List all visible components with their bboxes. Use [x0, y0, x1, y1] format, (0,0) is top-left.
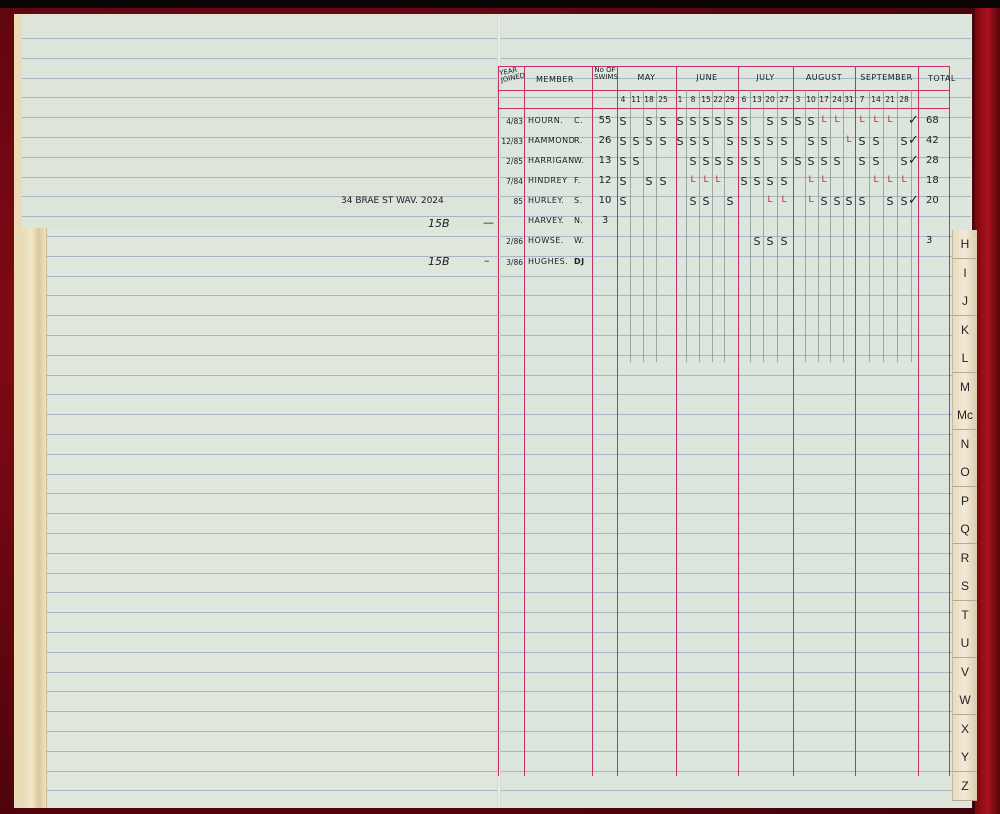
ruled-line: [501, 652, 971, 653]
index-tab-q[interactable]: Q: [952, 515, 977, 544]
date-column-rule: [656, 90, 657, 362]
swim-mark: S: [686, 196, 700, 207]
swim-mark: S: [817, 196, 831, 207]
ruled-line: [46, 276, 497, 277]
member-total: 18: [926, 176, 939, 186]
leave-mark: L: [842, 136, 856, 145]
swim-mark: S: [804, 116, 818, 127]
note-15b-hughes: 15B: [428, 256, 450, 267]
swim-mark: S: [817, 156, 831, 167]
swim-mark: S: [616, 176, 630, 187]
index-tab-o[interactable]: O: [952, 458, 977, 487]
index-tab-i[interactable]: I: [952, 259, 977, 288]
ruled-line: [501, 691, 971, 692]
swim-mark: S: [804, 136, 818, 147]
year-joined: 3/86: [501, 259, 523, 267]
date-column-rule: [869, 90, 870, 362]
swim-count: 55: [594, 116, 616, 126]
member-initial: N.: [574, 217, 584, 225]
date-header: 25: [656, 96, 670, 104]
swim-mark: S: [673, 116, 687, 127]
header-member: MEMBER: [536, 76, 574, 84]
date-header: 11: [629, 96, 643, 104]
month-header-august: AUGUST: [793, 74, 855, 82]
ruled-line: [46, 236, 497, 237]
ruled-line: [501, 216, 971, 217]
date-column-rule: [712, 90, 713, 362]
column-rule: [524, 66, 525, 776]
index-tab-n[interactable]: N: [952, 430, 977, 459]
address-note: 34 BRAE ST WAV. 2024: [341, 197, 444, 206]
year-joined: 2/85: [501, 158, 523, 166]
leave-mark: L: [897, 176, 911, 185]
ruled-line: [22, 137, 497, 138]
leave-mark: L: [804, 176, 818, 185]
ruled-line: [46, 632, 497, 633]
ruled-line: [501, 414, 971, 415]
ruled-line: [46, 513, 497, 514]
ruled-line: [501, 276, 971, 277]
index-tab-v[interactable]: V: [952, 658, 977, 687]
swim-mark: S: [656, 136, 670, 147]
swim-mark: S: [842, 196, 856, 207]
note-15b-harvey: 15B: [428, 218, 450, 229]
ruled-line: [46, 771, 497, 772]
month-header-september: SEPTEMBER: [855, 74, 918, 82]
ruled-line: [501, 394, 971, 395]
index-tab-x[interactable]: X: [952, 715, 977, 744]
ruled-line: [501, 790, 971, 791]
member-surname: HARVEY.: [528, 217, 564, 225]
swim-mark: S: [629, 136, 643, 147]
swim-mark: S: [616, 116, 630, 127]
member-surname: HAMMOND: [528, 137, 575, 145]
leave-mark: L: [686, 176, 700, 185]
date-header: 20: [763, 96, 777, 104]
ruled-line: [46, 474, 497, 475]
ruled-line: [46, 731, 497, 732]
date-header: 8: [686, 96, 700, 104]
swim-mark: S: [763, 236, 777, 247]
month-header-june: JUNE: [676, 74, 738, 82]
date-header: 18: [642, 96, 656, 104]
swim-mark: S: [686, 116, 700, 127]
index-tab-w[interactable]: W: [952, 686, 977, 715]
date-header: 27: [777, 96, 791, 104]
swim-mark: S: [723, 116, 737, 127]
date-header: 17: [817, 96, 831, 104]
column-rule: [617, 66, 618, 776]
year-joined: 4/83: [501, 118, 523, 126]
swim-mark: S: [686, 136, 700, 147]
index-tab-h[interactable]: H: [952, 230, 977, 259]
ruled-line: [46, 434, 497, 435]
swim-mark: S: [673, 136, 687, 147]
member-initial: W.: [574, 157, 585, 165]
ruled-line: [22, 58, 497, 59]
swim-mark: S: [616, 136, 630, 147]
ruled-line: [46, 592, 497, 593]
date-column-rule: [777, 90, 778, 362]
swim-mark: S: [763, 176, 777, 187]
date-column-rule: [818, 90, 819, 362]
ruled-line: [501, 751, 971, 752]
leave-mark: L: [855, 116, 869, 125]
swim-count: 10: [594, 196, 616, 206]
ruled-line: [46, 652, 497, 653]
swim-mark: S: [830, 156, 844, 167]
swim-mark: S: [777, 136, 791, 147]
swim-mark: S: [777, 116, 791, 127]
ruled-line: [22, 38, 497, 39]
index-tab-r[interactable]: R: [952, 544, 977, 573]
swim-mark: S: [699, 196, 713, 207]
swim-mark: S: [855, 196, 869, 207]
date-header: 3: [791, 96, 805, 104]
swim-mark: S: [777, 236, 791, 247]
swim-mark: S: [750, 236, 764, 247]
swim-mark: S: [763, 136, 777, 147]
member-initial: W.: [574, 237, 585, 245]
date-header: 7: [855, 96, 869, 104]
date-column-rule: [643, 90, 644, 362]
date-header: 31: [842, 96, 856, 104]
column-rule: [592, 66, 593, 776]
ruled-line: [501, 771, 971, 772]
date-column-rule: [724, 90, 725, 362]
member-surname: HUGHES.: [528, 258, 568, 266]
date-column-rule: [763, 90, 764, 362]
date-header: 14: [869, 96, 883, 104]
swim-count: 13: [594, 156, 616, 166]
header-rule: [498, 66, 949, 67]
swim-mark: S: [737, 116, 751, 127]
ruled-line: [501, 434, 971, 435]
swim-mark: S: [642, 176, 656, 187]
ruled-line: [46, 454, 497, 455]
ruled-line: [501, 592, 971, 593]
ruled-line: [22, 97, 497, 98]
column-rule: [498, 66, 499, 776]
year-joined: 85: [501, 198, 523, 206]
swim-mark: S: [723, 136, 737, 147]
header-total: TOTAL: [928, 75, 956, 83]
ruled-line: [501, 731, 971, 732]
ruled-line: [501, 295, 971, 296]
date-column-rule: [883, 90, 884, 362]
swim-mark: S: [686, 156, 700, 167]
ruled-line: [501, 612, 971, 613]
ruled-line: [501, 375, 971, 376]
ruled-line: [501, 672, 971, 673]
swim-mark: S: [750, 176, 764, 187]
member-total: 42: [926, 136, 939, 146]
column-rule: [676, 66, 677, 776]
ruled-line: [46, 375, 497, 376]
swim-mark: S: [869, 136, 883, 147]
date-column-rule: [897, 90, 898, 362]
swim-count: 3: [594, 216, 616, 226]
index-tab-z[interactable]: Z: [952, 772, 977, 801]
ruled-line: [501, 474, 971, 475]
swim-mark: S: [656, 176, 670, 187]
index-tab-u[interactable]: U: [952, 629, 977, 658]
member-total: 20: [926, 196, 939, 206]
ruled-line: [501, 355, 971, 356]
member-surname: HARRIGAN.: [528, 157, 578, 165]
date-column-rule: [750, 90, 751, 362]
ruled-line: [501, 256, 971, 257]
member-initial: C.: [574, 117, 583, 125]
date-header: 29: [723, 96, 737, 104]
ruled-line: [46, 691, 497, 692]
index-tab-k[interactable]: K: [952, 316, 977, 345]
date-header: 21: [883, 96, 897, 104]
month-header-may: MAY: [617, 74, 676, 82]
leave-mark: L: [883, 116, 897, 125]
year-joined: 12/83: [501, 138, 523, 146]
column-rule: [738, 66, 739, 776]
swim-mark: S: [699, 136, 713, 147]
check-icon: ✓: [908, 134, 919, 147]
year-joined: 2/86: [501, 238, 523, 246]
member-total: 3: [926, 236, 932, 246]
swim-mark: S: [723, 156, 737, 167]
leave-mark: L: [763, 196, 777, 205]
leave-mark: L: [777, 196, 791, 205]
swim-mark: S: [616, 196, 630, 207]
left-page-edge: [14, 14, 22, 808]
ruled-line: [501, 632, 971, 633]
date-column-rule: [630, 90, 631, 362]
date-column-rule: [686, 90, 687, 362]
swim-mark: S: [855, 136, 869, 147]
ruled-line: [501, 315, 971, 316]
member-initial: F.: [574, 177, 581, 185]
page-stub: [22, 228, 47, 808]
index-tab-m[interactable]: M: [952, 373, 977, 402]
check-icon: ✓: [908, 194, 919, 207]
date-header: 10: [804, 96, 818, 104]
ruled-line: [22, 78, 497, 79]
swim-mark: S: [629, 156, 643, 167]
ruled-line: [501, 38, 971, 39]
column-rule: [949, 66, 950, 776]
date-header: 28: [897, 96, 911, 104]
swim-mark: S: [791, 116, 805, 127]
date-column-rule: [805, 90, 806, 362]
ruled-line: [501, 454, 971, 455]
swim-mark: S: [737, 156, 751, 167]
leave-mark: L: [804, 196, 818, 205]
index-tab-t[interactable]: T: [952, 601, 977, 630]
ledger-cover-edge: [975, 8, 1000, 814]
ruled-line: [46, 711, 497, 712]
column-rule: [855, 66, 856, 776]
ruled-line: [46, 533, 497, 534]
member-surname: HOURN.: [528, 117, 563, 125]
swim-mark: S: [642, 136, 656, 147]
ruled-line: [22, 157, 497, 158]
ruled-line: [46, 790, 497, 791]
month-header-july: JULY: [738, 74, 793, 82]
ruled-line: [46, 414, 497, 415]
swim-mark: S: [804, 156, 818, 167]
ruled-line: [46, 751, 497, 752]
check-icon: ✓: [908, 114, 919, 127]
member-surname: HURLEY.: [528, 197, 564, 205]
ruled-line: [501, 58, 971, 59]
ruled-line: [46, 612, 497, 613]
member-initial: S.: [574, 197, 583, 205]
member-initial: DJ: [574, 258, 585, 266]
swim-mark: S: [737, 176, 751, 187]
swim-mark: S: [750, 136, 764, 147]
swim-mark: S: [737, 136, 751, 147]
swim-mark: S: [869, 156, 883, 167]
swim-mark: S: [642, 116, 656, 127]
swim-mark: S: [883, 196, 897, 207]
ruled-line: [46, 315, 497, 316]
ruled-line: [501, 236, 971, 237]
index-tab-p[interactable]: P: [952, 487, 977, 516]
member-surname: HINDREY: [528, 177, 568, 185]
index-tab-s[interactable]: S: [952, 572, 977, 601]
date-column-rule: [830, 90, 831, 362]
ruled-line: [501, 493, 971, 494]
ruled-line: [22, 117, 497, 118]
index-tab-j[interactable]: J: [952, 287, 977, 316]
leave-mark: L: [830, 116, 844, 125]
year-joined: 7/84: [501, 178, 523, 186]
date-header: 1: [673, 96, 687, 104]
swim-mark: S: [723, 196, 737, 207]
leave-mark: L: [817, 116, 831, 125]
leave-mark: L: [869, 116, 883, 125]
swim-mark: S: [777, 176, 791, 187]
ruled-line: [501, 335, 971, 336]
date-column-rule: [699, 90, 700, 362]
ruled-line: [46, 295, 497, 296]
swim-count: 12: [594, 176, 616, 186]
date-header: 4: [616, 96, 630, 104]
ruled-line: [501, 513, 971, 514]
leave-mark: L: [883, 176, 897, 185]
ruled-line: [46, 394, 497, 395]
ruled-line: [501, 711, 971, 712]
swim-mark: S: [855, 156, 869, 167]
swim-mark: S: [656, 116, 670, 127]
swim-mark: S: [763, 116, 777, 127]
ruled-line: [46, 672, 497, 673]
index-tab-mc[interactable]: Mc: [952, 401, 977, 430]
note-dash-harvey: —: [483, 217, 494, 228]
member-total: 28: [926, 156, 939, 166]
swim-mark: S: [616, 156, 630, 167]
ruled-line: [46, 335, 497, 336]
ruled-line: [46, 553, 497, 554]
member-initial: R.: [574, 137, 583, 145]
index-tab-l[interactable]: L: [952, 344, 977, 373]
leave-mark: L: [817, 176, 831, 185]
column-rule: [918, 66, 919, 776]
swim-count: 26: [594, 136, 616, 146]
ruled-line: [501, 573, 971, 574]
date-header: 6: [737, 96, 751, 104]
check-icon: ✓: [908, 154, 919, 167]
swim-mark: S: [791, 156, 805, 167]
header-no-of-swims: No OF SWIMS: [594, 67, 616, 81]
ruled-line: [22, 177, 497, 178]
member-surname: HOWSE.: [528, 237, 564, 245]
ruled-line: [46, 493, 497, 494]
ruled-line: [501, 533, 971, 534]
member-total: 68: [926, 116, 939, 126]
ruled-line: [46, 573, 497, 574]
swim-mark: S: [750, 156, 764, 167]
note-dash-hughes: –: [484, 255, 490, 266]
date-column-rule: [911, 90, 912, 362]
column-rule: [793, 66, 794, 776]
right-page: [500, 14, 972, 808]
swim-mark: S: [777, 156, 791, 167]
swim-mark: S: [817, 136, 831, 147]
date-column-rule: [843, 90, 844, 362]
leave-mark: L: [869, 176, 883, 185]
ruled-line: [22, 216, 497, 217]
date-header: 13: [750, 96, 764, 104]
ruled-line: [46, 355, 497, 356]
ruled-line: [501, 553, 971, 554]
index-tab-y[interactable]: Y: [952, 743, 977, 772]
leave-mark: L: [711, 176, 725, 185]
